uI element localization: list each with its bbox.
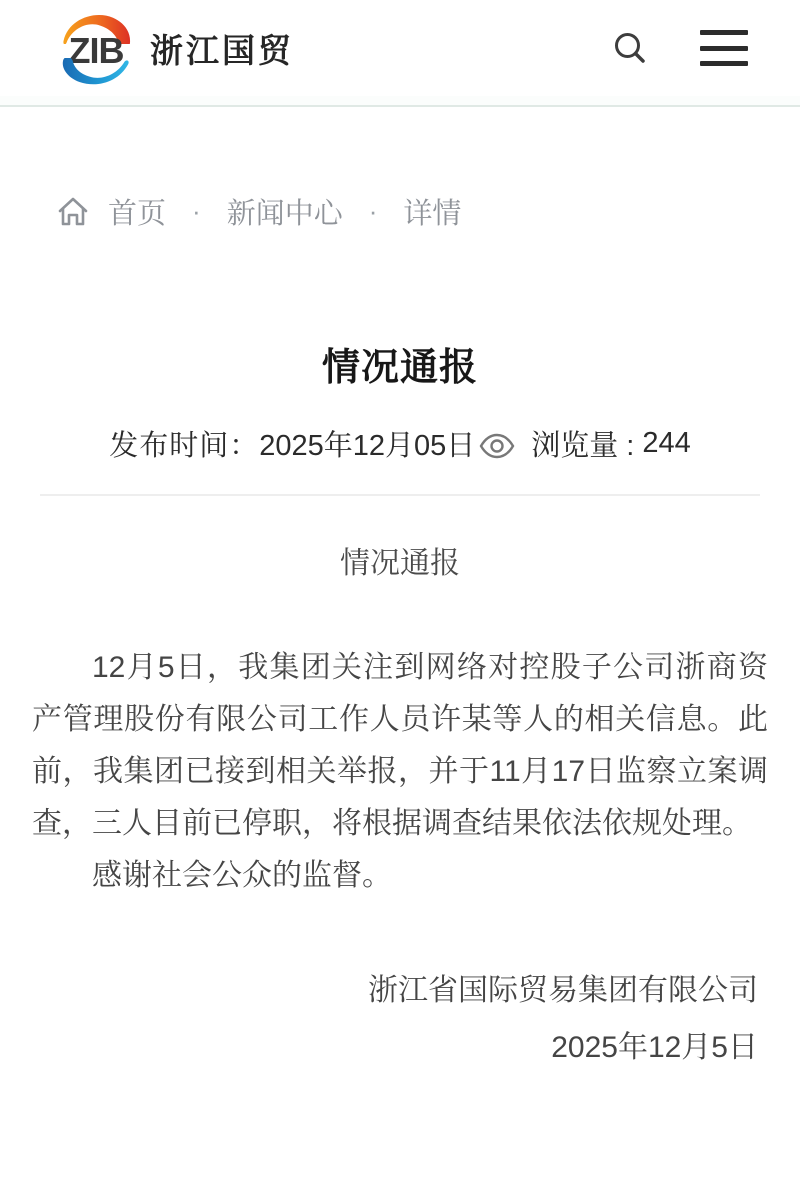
content-divider bbox=[40, 494, 760, 496]
views-count: 244 bbox=[634, 427, 690, 460]
brand-logo[interactable]: ZIB 浙江国贸 bbox=[56, 8, 294, 88]
header-actions bbox=[612, 28, 748, 68]
brand-name: 浙江国贸 bbox=[150, 25, 294, 72]
views-label: 浏览量 : bbox=[531, 423, 634, 464]
article-inner-title: 情况通报 bbox=[32, 538, 768, 590]
hamburger-menu-icon[interactable] bbox=[700, 28, 748, 68]
signature-date: 2025年12月5日 bbox=[32, 1019, 758, 1076]
breadcrumb-news-center[interactable]: 新闻中心 bbox=[227, 191, 343, 232]
home-icon[interactable] bbox=[56, 195, 90, 229]
breadcrumb-detail[interactable]: 详情 bbox=[403, 191, 461, 232]
breadcrumb-separator: · bbox=[192, 196, 201, 227]
signature-company: 浙江省国际贸易集团有限公司 bbox=[32, 962, 758, 1019]
publish-time-label: 发布时间： bbox=[109, 423, 259, 464]
breadcrumb-separator: · bbox=[369, 196, 378, 227]
publish-date: 2025年12月05日 bbox=[259, 423, 475, 464]
search-icon[interactable] bbox=[612, 30, 648, 66]
header-divider bbox=[0, 96, 800, 107]
article-paragraph: 12月5日，我集团关注到网络对控股子公司浙商资产管理股份有限公司工作人员许某等人… bbox=[32, 642, 768, 850]
views-eye-icon bbox=[479, 433, 515, 459]
zib-logo-icon: ZIB bbox=[56, 8, 136, 88]
article-paragraph: 感谢社会公众的监督。 bbox=[32, 850, 768, 902]
page: ZIB 浙江国贸 bbox=[0, 0, 800, 1202]
article-meta: 发布时间： 2025年12月05日 浏览量 : 244 bbox=[0, 423, 800, 464]
signature-block: 浙江省国际贸易集团有限公司 2025年12月5日 bbox=[32, 962, 768, 1076]
page-title: 情况通报 bbox=[0, 336, 800, 391]
breadcrumb: 首页 · 新闻中心 · 详情 bbox=[56, 191, 800, 232]
site-header: ZIB 浙江国贸 bbox=[0, 0, 800, 96]
breadcrumb-home[interactable]: 首页 bbox=[108, 191, 166, 232]
article-body: 情况通报 12月5日，我集团关注到网络对控股子公司浙商资产管理股份有限公司工作人… bbox=[32, 538, 768, 1076]
